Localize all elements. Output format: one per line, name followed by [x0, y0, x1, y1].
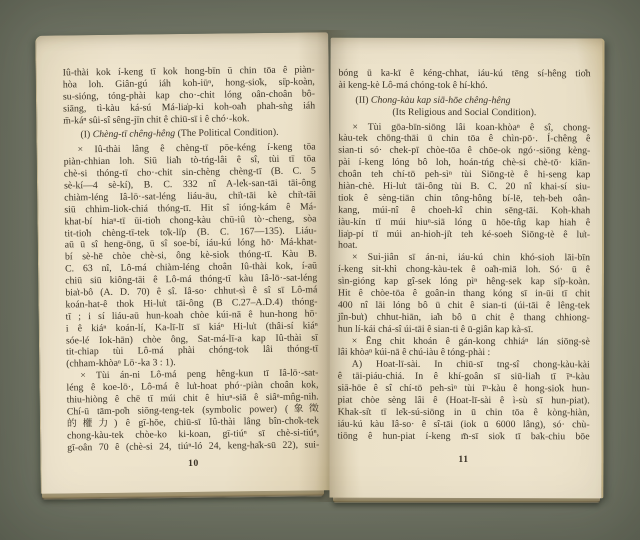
text-line: (I) Chèng-tī chêng-hêng (The Political C… [63, 127, 315, 142]
text-line: ê tāi-piáu-chiá. In ê khí-goân sī siū-li… [338, 371, 590, 384]
left-page: Iû-thài kok í-keng tī kok hong-bīn ū chi… [35, 32, 334, 494]
paragraph: × Tùi án-ni Lô-má peng hêng-kun tī Iâ-lō… [66, 368, 319, 454]
text-line: kàu-tek chōng-thāi ū chin tōa ê chìn-pō·… [338, 133, 590, 146]
text-line: (II) Chong-kàu kap siā-hōe chêng-hêng [338, 94, 590, 107]
text-line: Hit ê chòe-tōa ê goân-in thang kóng sī i… [338, 288, 590, 301]
text-line: 400 nî lāi lóng bô ū chit ê sian-ti (úi-… [338, 300, 590, 313]
text-line: A) Hoat-lī-sài. In chiū-sī tng-sî chong-… [338, 359, 590, 372]
section-heading: (I) Chèng-tī chêng-hêng (The Political C… [63, 127, 315, 142]
text-line: lâi khòaⁿ kúi-nā ê chú-iàu ê tóng-phài : [338, 347, 590, 360]
text-line: choân teh chí-tō peh-sìⁿ tùi Siōng-tè ê … [338, 169, 590, 182]
text-line: tiok ê sèng-tiān chin tông-hông bí-lē, t… [338, 193, 590, 206]
text-line: tiōng ê hun-piat í-keng m̄-sī sio̍k tī b… [338, 430, 590, 443]
text-line: sìn-gióng kap gî-sek lóng pìⁿ hêng-sek k… [338, 276, 590, 289]
paragraph: Iû-thài kok í-keng tī kok hong-bīn ū chi… [63, 64, 316, 127]
right-page: bóng ū ka-kī ê kéng-chhat, iáu-kú tēng s… [329, 38, 604, 499]
text-line: m̄-káⁿ sûi-sî sêng-jīn chit ê chiū-sī i … [63, 112, 315, 127]
text-line: iáu-kú kàu Iâ-so· ê sî-tāi (iok ū 6000 l… [338, 418, 590, 431]
text-line: jîn-bu̍t) chhut-hiān, ia̍h bô ū chit ê t… [338, 311, 590, 324]
heading-text: (I) [80, 130, 92, 141]
text-line: Khak-si̍t tī le̍k-sú-siōng in ū chin tōa… [338, 407, 590, 420]
text-line: gī-oân 70 ê (chè-si 24, tiúⁿ-ló 24, keng… [67, 439, 319, 454]
text-line: hiàn-chè. Hi-lu̍t tāi-ông tùi B. C. 20 n… [338, 181, 590, 194]
text-line: pài í-keng lóng bô loh, hoán-tńg chè-si … [338, 157, 590, 170]
page-number: 10 [67, 456, 319, 470]
text-line: hoat. [338, 240, 590, 253]
text-line: × Ēng chit khoán ê gán-kong chhiáⁿ lán s… [338, 335, 590, 348]
paragraph: × Tùi gōa-bīn-siōng lâi koan-khòaⁿ ê sî,… [338, 121, 590, 252]
book-photo: Iû-thài kok í-keng tī kok hong-bīn ū chi… [0, 0, 640, 540]
text-line: lia̍p-pí tī múi an-hioh-ji̍t teh ké-soeh… [338, 228, 590, 241]
text-line: bóng ū ka-kī ê kéng-chhat, iáu-kú tēng s… [338, 68, 590, 81]
text-line: × Sui-jiân sī án-ni, iáu-kú chin khó-sio… [338, 252, 590, 265]
text-line: ài keng-kè Lô-má chóng-tok ê hí-khó. [338, 80, 590, 93]
paragraph: × Ēng chit khoán ê gán-kong chhiáⁿ lán s… [338, 335, 590, 359]
heading-text: (The Political Condition). [175, 127, 279, 139]
text-line: piat chòe sèng lâi ê (Hoat-lī-sài ê ì-sù… [338, 395, 590, 408]
heading-title: Chong-kàu kap siā-hōe chêng-hêng [371, 95, 511, 106]
text-line: (Its Religious and Social Condition). [338, 106, 590, 119]
text-line: iàu-kín tī múi hiuⁿ-siā lóng ū hōe-tn̂g … [338, 216, 590, 229]
heading-title: Chèng-tī chêng-hêng [93, 129, 176, 141]
page-text: bóng ū ka-kī ê kéng-chhat, iáu-kú tēng s… [338, 68, 591, 443]
paragraph: A) Hoat-lī-sài. In chiū-sī tng-sî chong-… [338, 359, 590, 443]
text-line: hun lí-kái chá-sî úi-tāi ê sian-ti ê ū-g… [338, 323, 590, 336]
section-heading: (II) Chong-kàu kap siā-hōe chêng-hêng(It… [338, 94, 590, 118]
paragraph: × Iû-thài lâng ê chèng-tī pōe-kéng í-ken… [64, 142, 319, 371]
heading-text: (II) [355, 94, 371, 105]
page-number: 11 [337, 454, 589, 466]
text-line: sian-ti só· chek-pī chòe-tōa ê chōe-ok n… [338, 145, 590, 158]
page-text: Iû-thài kok í-keng tī kok hong-bīn ū chi… [63, 64, 320, 454]
paragraph: bóng ū ka-kī ê kéng-chhat, iáu-kú tēng s… [338, 68, 590, 92]
text-line: siā-hōe ê sî chí-tō peh-sìⁿ tùi īⁿ-kàu ê… [338, 383, 590, 396]
text-line: í-keng sit-khì chong-kàu-tek ê oa̍h-miā … [338, 264, 590, 277]
heading-text: (Its Religious and Social Condition). [392, 106, 536, 117]
paragraph: × Sui-jiân sī án-ni, iáu-kú chin khó-sio… [338, 252, 590, 336]
text-line: kang, múi-nî ê choeh-kî chin sēng-tāi. K… [338, 204, 590, 217]
